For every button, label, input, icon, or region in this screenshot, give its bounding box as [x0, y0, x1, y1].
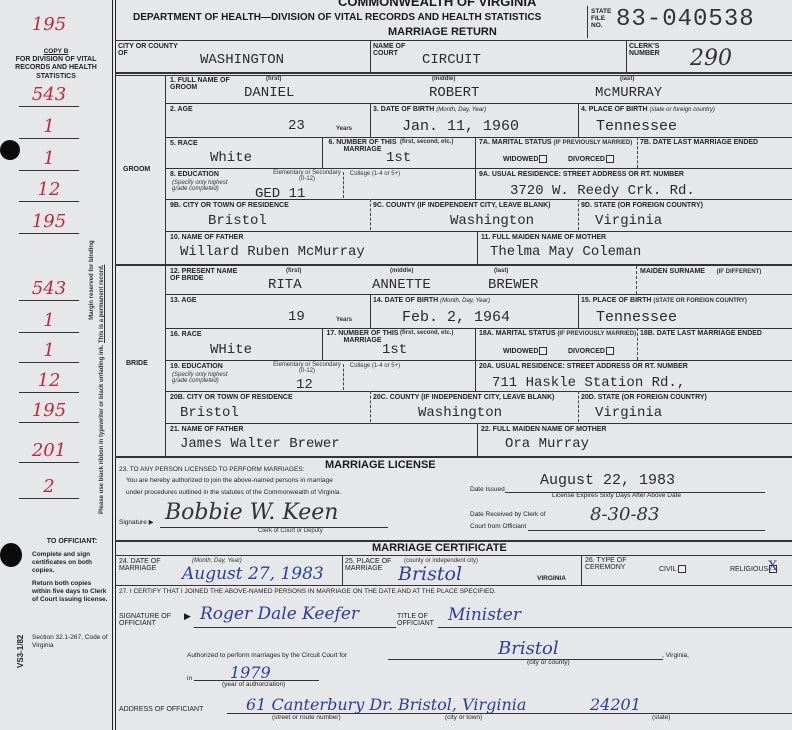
groom-marriage-num: 1st [386, 150, 411, 166]
punch-hole [0, 140, 20, 160]
bride-marital-label: 18a. MARITAL STATUS (if previously marri… [479, 330, 636, 337]
margin-code: 12 [14, 181, 84, 202]
divider [165, 168, 792, 169]
groom-state: Virginia [595, 213, 662, 229]
divider [165, 423, 792, 424]
divider [165, 360, 792, 361]
officiant-address-city: Bristol, Virginia [398, 695, 526, 714]
divider [581, 555, 582, 585]
groom-state-label: 9d. STATE (OR FOREIGN COUNTRY) [581, 202, 703, 209]
to-officiant-title: TO OFFICIANT: [32, 538, 112, 546]
city-county-value: WASHINGTON [200, 52, 284, 68]
divider [322, 328, 323, 360]
marriage-date: August 27, 1983 [182, 564, 324, 584]
officiant-signature-label: SIGNATURE OF OFFICIANT [119, 613, 179, 628]
to-officiant-instruction-2: Return both copies within five days to C… [32, 580, 110, 603]
license-title: MARRIAGE LICENSE [325, 459, 436, 471]
groom-first-name: DANIEL [244, 85, 294, 101]
groom-city: Bristol [208, 213, 267, 229]
frame-border [112, 0, 113, 730]
groom-age: 23 [288, 118, 305, 134]
form-code: VS3-1/82 [16, 635, 25, 668]
clerk-number-label: CLERK'S NUMBER [629, 43, 679, 58]
margin-code: 195 [14, 402, 84, 423]
groom-father: Willard Ruben McMurray [180, 244, 365, 260]
middle-hint: (middle) [390, 268, 413, 274]
certify-statement: 27. I CERTIFY THAT I JOINED THE ABOVE-NA… [119, 588, 496, 595]
middle-hint: (middle) [432, 76, 455, 82]
divider [165, 231, 792, 232]
title-line [438, 627, 792, 628]
marriage-num-hint: (first, second, etc.) [400, 330, 453, 336]
divider [165, 294, 792, 295]
court-line [388, 659, 663, 660]
edu-elem-label: Elementary or Secondary (0-12) [272, 362, 342, 375]
divider [475, 328, 476, 360]
bride-state-label: 20d. STATE (OR FOREIGN COUNTRY) [581, 394, 707, 401]
copy-label: COPY B [2, 48, 110, 56]
divider [637, 137, 638, 168]
officiant-signature: Roger Dale Keefer [200, 604, 359, 624]
groom-marital-label: 7a. MARITAL STATUS (if previously marrie… [479, 139, 632, 146]
date-line [528, 530, 765, 531]
marriage-place-label: 25. PLACE OF MARRIAGE [345, 558, 395, 573]
edu-hint: (Specify only highest grade completed) [172, 372, 242, 385]
last-hint: (last) [494, 268, 508, 274]
clerk-label: Clerk of Court or Deputy [258, 528, 323, 534]
groom-county: Washington [450, 213, 534, 229]
received-label-2: Court from Officiant [470, 523, 526, 530]
authorized-court: Bristol [498, 638, 559, 659]
expires-note: License Expires Sixty Days After Above D… [552, 492, 681, 499]
groom-middle-name: ROBERT [429, 85, 479, 101]
officiant-title-label: TITLE OF OFFICIANT [397, 613, 447, 628]
bride-father-label: 21. NAME OF FATHER [170, 426, 243, 433]
left-margin: 195 COPY B FOR DIVISION OF VITAL RECORDS… [0, 0, 112, 730]
divider [115, 555, 792, 556]
divider [343, 172, 344, 198]
city-county-label: CITY OR COUNTY OF [118, 43, 178, 58]
groom-age-label: 2. AGE [170, 106, 193, 113]
license-text-1: You are hereby authorized to join the ab… [126, 477, 333, 484]
bride-street-label: 20a. USUAL RESIDENCE: STREET ADDRESS OR … [479, 363, 688, 370]
divider [342, 555, 343, 585]
divider [115, 72, 792, 74]
margin-code: 1 [14, 342, 84, 363]
divider [578, 199, 579, 230]
to-officiant-instruction-1: Complete and sign certificates on both c… [32, 551, 110, 574]
divider [370, 103, 371, 137]
bride-divorced-checkbox[interactable]: DIVORCED [568, 347, 614, 355]
punch-hole [0, 543, 22, 567]
signature-line [194, 627, 396, 628]
bride-last-ended-label: 18b. DATE LAST MARRIAGE ENDED [640, 330, 762, 337]
groom-mother-label: 11. FULL MAIDEN NAME OF MOTHER [481, 234, 606, 241]
divider [370, 294, 371, 328]
edu-college-label: College (1-4 or 5+) [345, 363, 405, 369]
groom-mother: Thelma May Coleman [490, 244, 641, 260]
divider [626, 40, 627, 72]
divider [578, 391, 579, 422]
bride-city: Bristol [180, 405, 239, 421]
divider [475, 137, 476, 168]
divider [477, 231, 478, 264]
bride-middle-name: ANNETTE [372, 277, 431, 293]
bride-age-label: 13. AGE [170, 297, 197, 304]
groom-street: 3720 W. Reedy Crk. Rd. [510, 183, 695, 199]
bride-dob: Feb. 2, 1964 [402, 309, 510, 326]
bride-mother-label: 22. FULL MAIDEN NAME OF MOTHER [481, 426, 606, 433]
state-hint: (state) [652, 714, 670, 721]
officiant-address-label: ADDRESS OF OFFICIANT [119, 706, 203, 713]
margin-code: 1 [14, 312, 84, 333]
license-text-2: under procedures outlined in the statute… [126, 489, 341, 496]
divider [637, 328, 638, 360]
clerk-number-value: 290 [690, 46, 732, 71]
bride-age: 19 [288, 309, 305, 325]
groom-street-label: 9a. USUAL RESIDENCE: STREET ADDRESS OR R… [479, 171, 684, 178]
groom-city-label: 9b. CITY OR TOWN OF RESIDENCE [170, 202, 289, 209]
divider [322, 137, 323, 168]
years-label: Years [336, 126, 352, 132]
city-hint: (city or town) [445, 714, 482, 721]
section-reference: Section 32.1-267, Code of Virginia [32, 634, 110, 650]
top-record-number: 195 [14, 16, 84, 34]
divider [343, 364, 344, 390]
groom-dob-label: 3. DATE OF BIRTH (Month, Day, Year) [373, 106, 486, 113]
groom-pob-label: 4. PLACE OF BIRTH (state or foreign coun… [581, 106, 715, 113]
bride-county-label: 20c. COUNTY (if independent city, leave … [373, 394, 554, 401]
frame-border [115, 0, 116, 730]
divider [115, 264, 792, 266]
state-file-number: 83-040538 [616, 6, 755, 33]
bride-section-label: BRIDE [126, 360, 148, 367]
years-label: Years [336, 317, 352, 323]
groom-county-label: 9c. COUNTY (if independent city, leave b… [373, 202, 550, 209]
margin-code: 1 [14, 150, 84, 171]
bride-dob-label: 14. DATE OF BIRTH (Month, Day, Year) [373, 297, 490, 304]
arrow-icon: ▶ [184, 611, 191, 622]
groom-widowed-checkbox[interactable]: WIDOWED [503, 155, 547, 163]
groom-pob: Tennessee [596, 118, 677, 135]
groom-edu-label: 8. EDUCATION [170, 171, 219, 178]
city-county-hint: (city or county) [527, 659, 570, 666]
margin-code: 543 [14, 280, 84, 301]
divider [115, 585, 792, 586]
binding-margin-note: Margin reserved for binding [89, 160, 95, 400]
commonwealth-title: COMMONWEALTH OF VIRGINIA [338, 0, 536, 9]
bride-name-label: 12. PRESENT NAME OF BRIDE [170, 268, 240, 283]
bride-county: Washington [418, 405, 502, 421]
bride-first-name: RITA [268, 277, 302, 293]
edu-college-label: College (1-4 or 5+) [345, 171, 405, 177]
margin-code: 543 [14, 86, 84, 107]
divider [115, 40, 792, 41]
last-hint: (last) [620, 76, 634, 82]
bride-race: WHite [210, 342, 252, 358]
clerk-signature: Bobbie W. Keen [165, 500, 338, 525]
first-hint: (first) [266, 76, 281, 82]
officiant-address-zip: 24201 [590, 695, 641, 714]
license-item-label: 23. TO ANY PERSON LICENSED TO PERFORM MA… [119, 466, 304, 473]
bride-widowed-checkbox[interactable]: WIDOWED [503, 347, 547, 355]
first-hint: (first) [286, 268, 301, 274]
bride-maiden-label: MAIDEN SURNAME (if different) [640, 268, 761, 275]
ceremony-type-label: 26. TYPE OF CEREMONY [585, 557, 630, 572]
year-hint: (year of authorization) [222, 681, 285, 688]
bride-father: James Walter Brewer [180, 436, 340, 452]
in-label: in [187, 675, 192, 682]
certificate-title: MARRIAGE CERTIFICATE [372, 542, 507, 554]
bride-mother: Ora Murray [505, 436, 589, 452]
copy-for-text: FOR DIVISION OF VITAL RECORDS AND HEALTH… [2, 56, 110, 81]
edu-hint: (Specify only highest grade completed) [172, 180, 242, 193]
divider [587, 6, 588, 38]
ink-instruction-note: Please use black ribbon in typewriter or… [99, 265, 105, 514]
margin-code: 1 [14, 118, 84, 139]
divider [578, 103, 579, 137]
bride-pob: Tennessee [596, 309, 677, 326]
groom-last-ended-label: 7b. DATE LAST MARRIAGE ENDED [640, 139, 758, 146]
license-signature-label: Signature ▶ [119, 518, 154, 526]
bride-marriage-num: 1st [382, 342, 407, 358]
groom-father-label: 10. NAME OF FATHER [170, 234, 243, 241]
street-hint: (street or route number) [272, 714, 341, 721]
divider [578, 294, 579, 328]
date-issued: August 22, 1983 [540, 472, 675, 489]
date-issued-label: Date Issued [470, 486, 505, 493]
bride-race-label: 16. RACE [170, 331, 202, 338]
divider [636, 266, 637, 294]
divider [370, 199, 371, 230]
divider [165, 328, 792, 329]
bride-city-label: 20b. CITY OR TOWN OF RESIDENCE [170, 394, 293, 401]
groom-race-label: 5. RACE [170, 140, 198, 147]
bride-pob-label: 15. PLACE OF BIRTH (state or foreign cou… [581, 297, 747, 304]
court-name-value: CIRCUIT [422, 52, 481, 68]
groom-name-label: 1. FULL NAME OF GROOM [170, 77, 240, 92]
virginia-suffix: , Virginia, [662, 652, 689, 659]
religious-checkbox[interactable]: RELIGIOUSX [730, 565, 777, 573]
divider [165, 391, 792, 392]
divider [115, 456, 792, 458]
marriage-date-label: 24. DATE OF MARRIAGE [119, 558, 174, 573]
divider [475, 168, 476, 199]
officiant-address-street: 61 Canterbury Dr. [246, 695, 393, 714]
divider [165, 103, 792, 104]
bride-edu-label: 19. EDUCATION [170, 363, 223, 370]
officiant-title: Minister [448, 605, 521, 625]
court-name-label: NAME OF COURT [373, 43, 423, 58]
groom-divorced-checkbox[interactable]: DIVORCED [568, 155, 614, 163]
divider [477, 423, 478, 456]
margin-code: 201 [14, 442, 84, 463]
bride-last-name: BREWER [488, 277, 538, 293]
bride-street: 711 Haskle Station Rd., [492, 375, 685, 391]
authorized-text: Authorized to perform marriages by the C… [187, 652, 347, 659]
state-file-label: STATE FILE NO. [591, 9, 617, 29]
groom-last-name: McMURRAY [595, 85, 662, 101]
received-label-1: Date Received by Clerk of [470, 511, 546, 518]
received-date: 8-30-83 [590, 504, 659, 525]
divider [165, 199, 792, 200]
edu-elem-label: Elementary or Secondary (0-12) [272, 170, 342, 183]
department-title: DEPARTMENT OF HEALTH—DIVISION OF VITAL R… [133, 12, 541, 23]
marriage-num-hint: (first, second, etc.) [400, 139, 453, 145]
margin-code: 195 [14, 213, 84, 234]
civil-checkbox[interactable]: CIVIL [659, 565, 686, 573]
divider [165, 137, 792, 138]
groom-section-label: GROOM [123, 166, 150, 173]
form-title: MARRIAGE RETURN [388, 26, 497, 38]
margin-code: 12 [14, 372, 84, 393]
margin-code: 2 [14, 478, 84, 499]
divider [475, 360, 476, 391]
place-state: VIRGINIA [537, 576, 566, 583]
marriage-place: Bristol [398, 563, 462, 585]
groom-dob: Jan. 11, 1960 [402, 118, 519, 135]
groom-race: White [210, 150, 252, 166]
bride-state: Virginia [595, 405, 662, 421]
divider [370, 391, 371, 422]
divider [370, 40, 371, 72]
